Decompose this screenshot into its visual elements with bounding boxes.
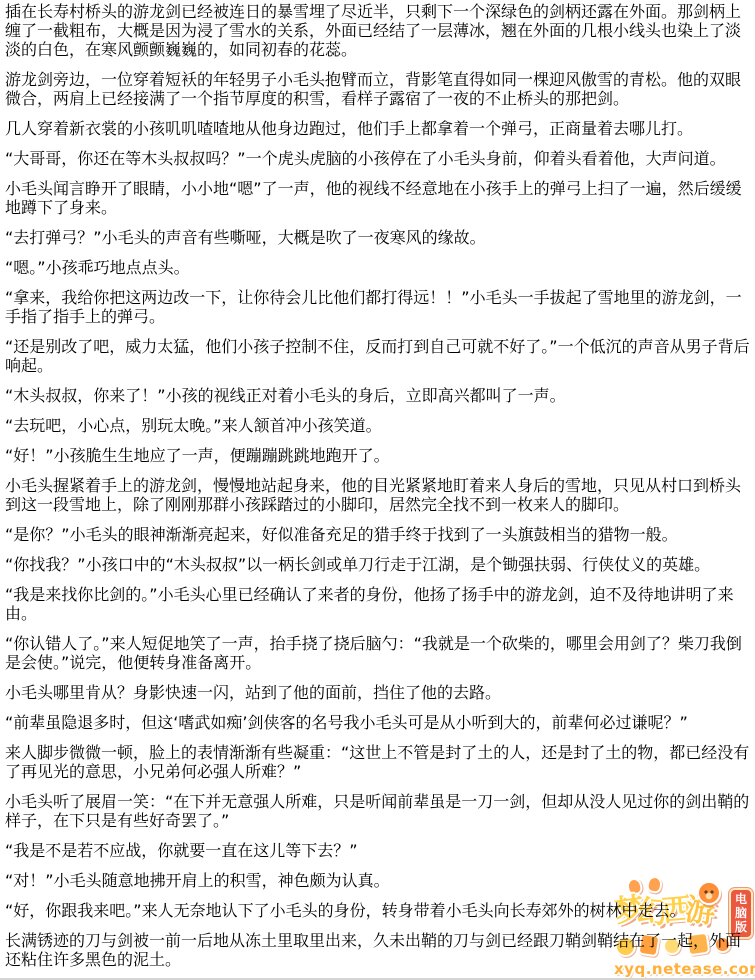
paragraph: “你找我？”小孩口中的“木头叔叔”以一柄长剑或单刀行走于江湖，是个锄强扶弱、行侠…: [5, 555, 751, 574]
paragraph: “是你？”小毛头的眼神渐渐亮起来，好似准备充足的猎手终于找到了一头旗鼓相当的猎物…: [5, 525, 751, 544]
paragraph: “去打弹弓？”小毛头的声音有些嘶哑，大概是吹了一夜寒风的缘故。: [5, 228, 751, 247]
paragraph: “我是来找你比剑的。”小毛头心里已经确认了来者的身份，他扬了扬手中的游龙剑，迫不…: [5, 585, 751, 623]
paragraph: “大哥哥，你还在等木头叔叔吗？”一个虎头虎脑的小孩停在了小毛头身前，仰着头看着他…: [5, 149, 751, 168]
paragraph: 长满锈迹的刀与剑被一前一后地从冻土里取里出来，久未出鞘的刀与剑已经跟刀鞘剑鞘结在…: [5, 931, 751, 969]
paragraph: “你认错人了。”来人短促地笑了一声，抬手挠了挠后脑勺：“我就是一个砍柴的，哪里会…: [5, 634, 751, 672]
novel-text: 插在长寿村桥头的游龙剑已经被连日的暴雪埋了尽近半，只剩下一个深绿色的剑柄还露在外…: [0, 0, 755, 969]
paragraph: 插在长寿村桥头的游龙剑已经被连日的暴雪埋了尽近半，只剩下一个深绿色的剑柄还露在外…: [5, 2, 751, 59]
paragraph: “对！”小毛头随意地拂开肩上的积雪，神色颇为认真。: [5, 871, 751, 890]
paragraph: 小毛头听了展眉一笑：“在下并无意强人所难，只是听闻前辈虽是一刀一剑，但却从没人见…: [5, 792, 751, 830]
paragraph: “前辈虽隐退多时，但这‘嗜武如痴’剑侠客的名号我小毛头可是从小听到大的，前辈何必…: [5, 713, 751, 732]
paragraph: 小毛头闻言睁开了眼睛，小小地“嗯”了一声，他的视线不经意地在小孩手上的弹弓上扫了…: [5, 179, 751, 217]
paragraph: “嗯。”小孩乖巧地点点头。: [5, 258, 751, 277]
paragraph: 小毛头哪里肯从？身影快速一闪，站到了他的面前，挡住了他的去路。: [5, 683, 751, 702]
paragraph: “好！”小孩脆生生地应了一声，便蹦蹦跳跳地跑开了。: [5, 446, 751, 465]
paragraph: “拿来，我给你把这两边改一下，让你待会儿比他们都打得远！！”小毛头一手拔起了雪地…: [5, 288, 751, 326]
paragraph: “好，你跟我来吧。”来人无奈地认下了小毛头的身份，转身带着小毛头向长寿郊外的树林…: [5, 901, 751, 920]
paragraph: “去玩吧，小心点，别玩太晚。”来人颔首冲小孩笑道。: [5, 416, 751, 435]
paragraph: “木头叔叔，你来了！”小孩的视线正对着小毛头的身后，立即高兴都叫了一声。: [5, 386, 751, 405]
paragraph: “我是不是若不应战，你就要一直在这儿等下去？”: [5, 841, 751, 860]
paragraph: 小毛头握紧着手上的游龙剑，慢慢地站起身来，他的目光紧紧地盯着来人身后的雪地，只见…: [5, 476, 751, 514]
paragraph: 几人穿着新衣裳的小孩叽叽喳喳地从他身边跑过，他们手上都拿着一个弹弓，正商量着去哪…: [5, 119, 751, 138]
paragraph: 游龙剑旁边，一位穿着短袄的年轻男子小毛头抱臂而立，背影笔直得如同一棵迎风傲雪的青…: [5, 70, 751, 108]
paragraph: 来人脚步微微一顿，脸上的表情渐渐有些凝重：“这世上不管是封了土的人，还是封了土的…: [5, 743, 751, 781]
novel-page: 插在长寿村桥头的游龙剑已经被连日的暴雪埋了尽近半，只剩下一个深绿色的剑柄还露在外…: [0, 0, 755, 980]
paragraph: “还是别改了吧，威力太猛，他们小孩子控制不住，反而打到自己可就不好了。”一个低沉…: [5, 337, 751, 375]
